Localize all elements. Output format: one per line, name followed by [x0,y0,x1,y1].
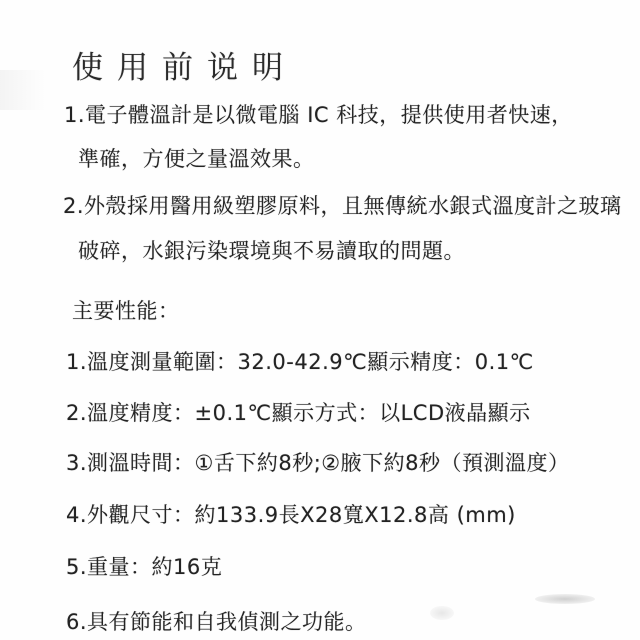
feature-item-5-weight: 5.重量：約16克 [66,554,222,580]
page-title: 使用前说明 [72,42,297,87]
feature-item-2-accuracy: 2.溫度精度：±0.1℃顯示方式：以LCD液晶顯示 [66,400,531,426]
feature-item-6-self-test: 6.具有節能和自我偵測之功能。 [66,609,367,635]
intro-item-1-line-1: 1.電子體溫計是以微電腦 IC 科技，提供使用者快速， [64,102,573,128]
scan-smudge [535,594,595,604]
feature-item-1-temperature-range: 1.溫度測量範圍：32.0-42.9℃顯示精度：0.1℃ [66,349,534,375]
intro-item-2-line-1: 2.外殼採用醫用級塑膠原料，且無傳統水銀式溫度計之玻璃 [63,193,622,219]
feature-item-3-measuring-time: 3.測溫時間：①舌下約8秒;②腋下約8秒（預測溫度） [66,450,569,476]
scan-edge-shadow [0,70,46,110]
manual-page: 使用前说明 1.電子體溫計是以微電腦 IC 科技，提供使用者快速， 準確，方便之… [0,0,640,640]
intro-item-2-line-2: 破碎，水銀污染環境與不易讀取的問題。 [78,238,465,264]
scan-smudge [430,606,454,620]
section-heading-main-features: 主要性能： [72,298,180,324]
intro-item-1-line-2: 準確，方便之量溫效果。 [78,146,315,172]
feature-item-4-dimensions: 4.外觀尺寸：約133.9長X28寬X12.8高 (mm) [66,502,516,528]
